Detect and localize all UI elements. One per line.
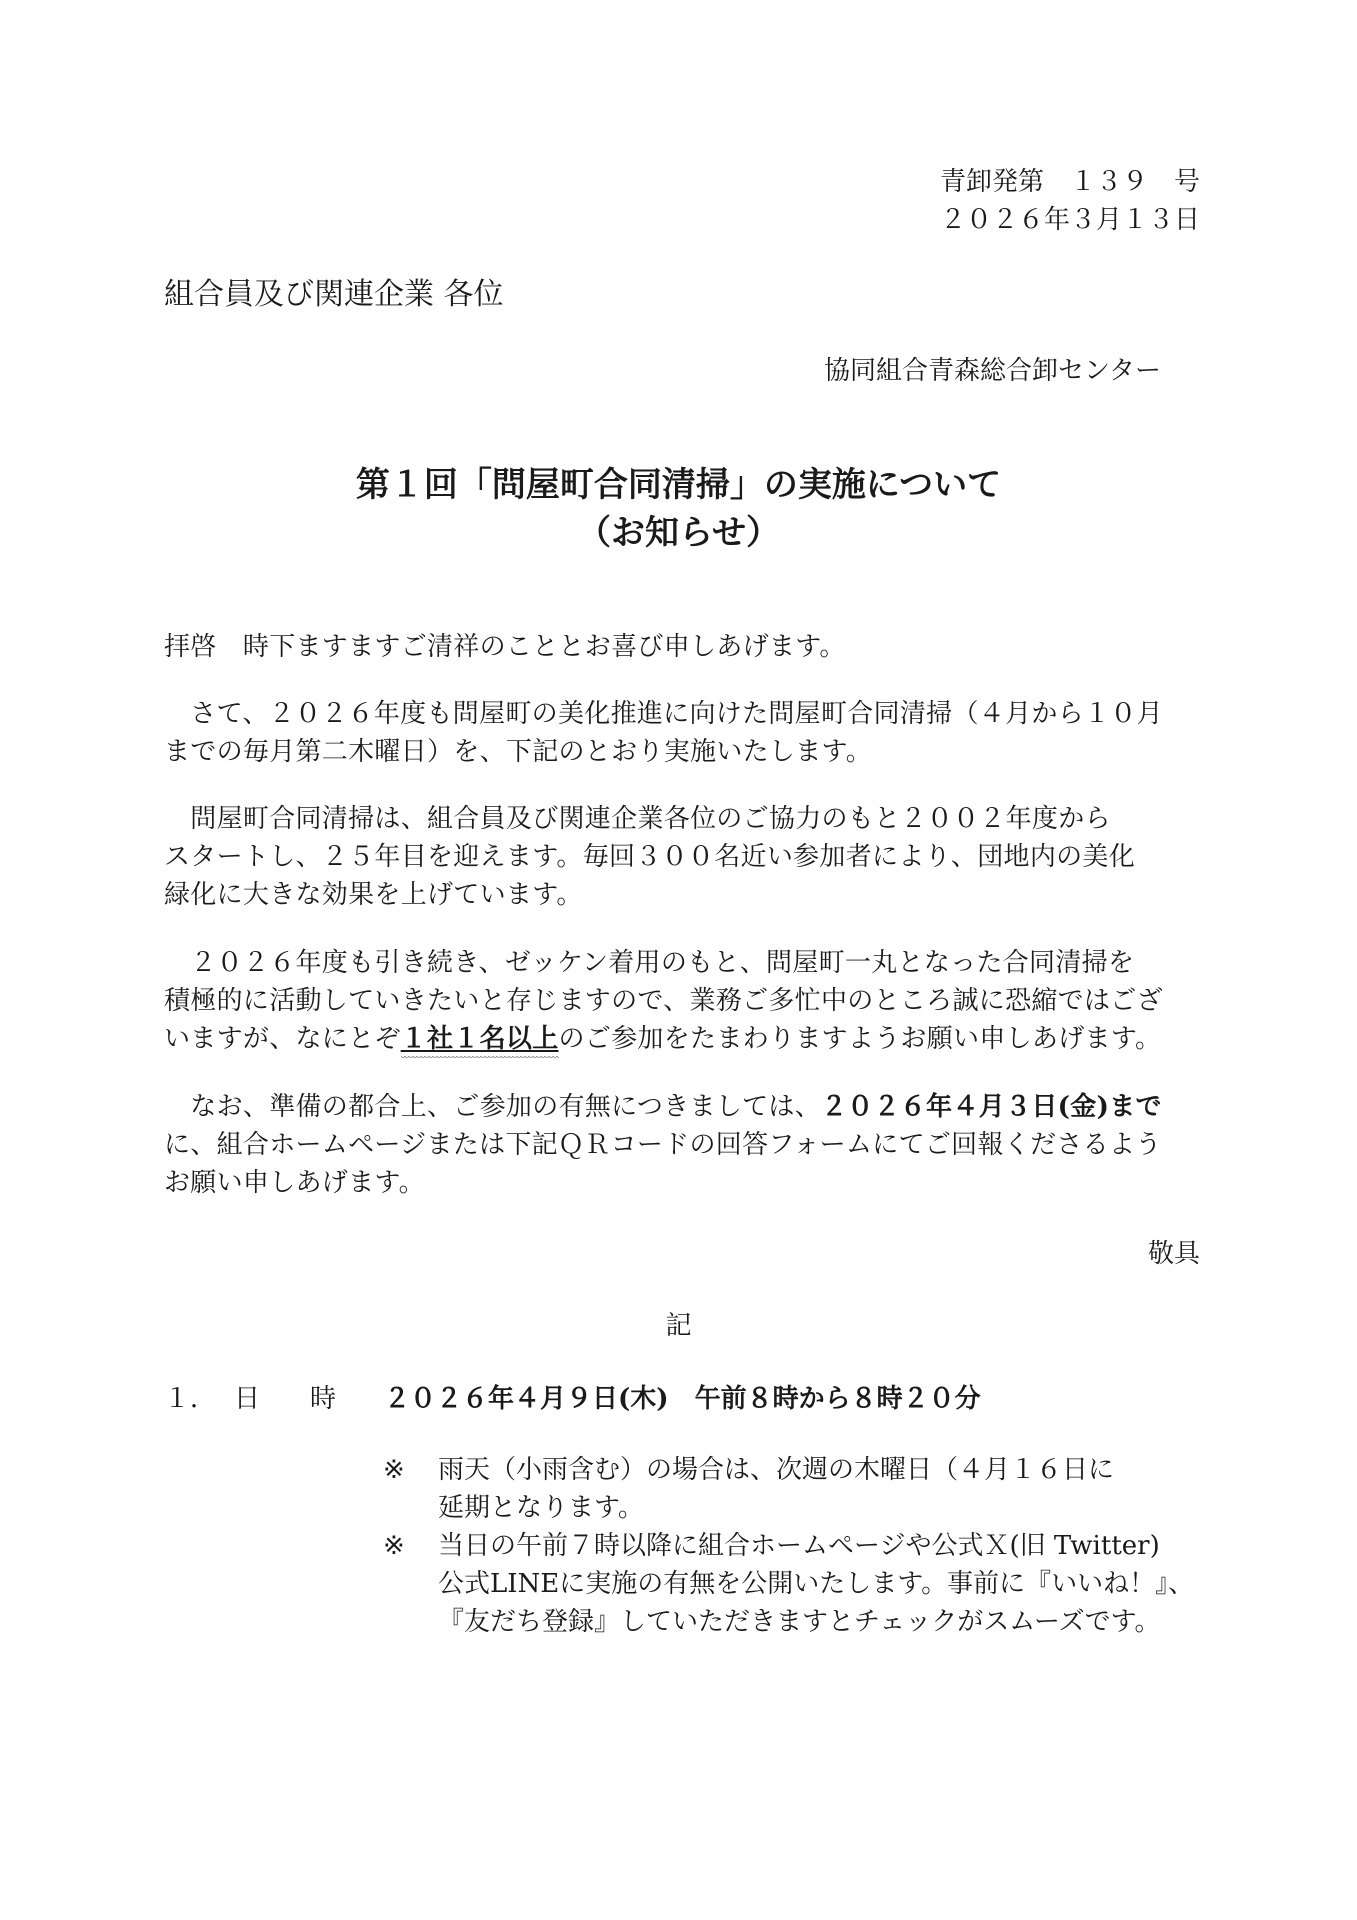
paragraph-line: 緑化に大きな効果を上げています。 [164, 876, 1204, 914]
document-number: 青卸発第 １３９ 号 [940, 163, 1200, 201]
item-datetime: １．日時２０２６年４月９日(木) 午前８時から８時２０分 [164, 1380, 981, 1418]
note-line: 延期となります。 [438, 1489, 1194, 1527]
emphasized-participation-request: １社１名以上 [401, 1024, 559, 1054]
document-page: 青卸発第 １３９ 号 ２０２６年３月１３日 組合員及び関連企業 各位 協同組合青… [0, 0, 1357, 1920]
paragraph-line: なお、準備の都合上、ご参加の有無につきましては、２０２６年４月３日(金)まで [164, 1088, 1204, 1126]
deadline-date: ２０２６年４月３日(金)まで [821, 1092, 1162, 1122]
note-rain: ※ 雨天（小雨含む）の場合は、次週の木曜日（４月１６日に 延期となります。 [383, 1451, 1194, 1527]
ki-heading: 記 [0, 1305, 1357, 1342]
note-line: 公式LINEに実施の有無を公開いたします。事前に『いいね！』、 [438, 1565, 1194, 1603]
paragraph-3: ２０２６年度も引き続き、ゼッケン着用のもと、問屋町一丸となった合同清掃を 積極的… [164, 944, 1204, 1058]
item-value: ２０２６年４月９日(木) 午前８時から８時２０分 [384, 1384, 981, 1414]
paragraph-line: 積極的に活動していきたいと存じますので、業務ご多忙中のところ誠に恐縮ではござ [164, 982, 1204, 1020]
note-line: 雨天（小雨含む）の場合は、次週の木曜日（４月１６日に [438, 1451, 1194, 1489]
notes-list: ※ 雨天（小雨含む）の場合は、次週の木曜日（４月１６日に 延期となります。 ※ … [383, 1451, 1194, 1641]
sender: 協同組合青森総合卸センター [824, 352, 1161, 390]
addressee: 組合員及び関連企業 各位 [164, 275, 504, 315]
item-number: １． [164, 1380, 234, 1418]
paragraph-line: ２０２６年度も引き続き、ゼッケン着用のもと、問屋町一丸となった合同清掃を [164, 944, 1204, 982]
paragraph-2: 問屋町合同清掃は、組合員及び関連企業各位のご協力のもと２００２年度から スタート… [164, 800, 1204, 914]
document-title: 第１回「問屋町合同清掃」の実施について [0, 462, 1357, 508]
paragraph-line: までの毎月第二木曜日）を、下記のとおり実施いたします。 [164, 733, 1204, 771]
text-segment: のご参加をたまわりますようお願い申しあげます。 [559, 1024, 1162, 1054]
text-segment: いますが、なにとぞ [164, 1024, 401, 1054]
paragraph-line: いますが、なにとぞ１社１名以上のご参加をたまわりますようお願い申しあげます。 [164, 1020, 1204, 1058]
paragraph-line: お願い申しあげます。 [164, 1164, 1204, 1202]
document-date: ２０２６年３月１３日 [940, 201, 1200, 239]
item-key: 日時 [234, 1380, 384, 1418]
paragraph-line: 問屋町合同清掃は、組合員及び関連企業各位のご協力のもと２００２年度から [164, 800, 1204, 838]
reference-mark-icon: ※ [383, 1451, 405, 1489]
document-header: 青卸発第 １３９ 号 ２０２６年３月１３日 [940, 163, 1200, 239]
paragraph-1: さて、２０２６年度も問屋町の美化推進に向けた問屋町合同清掃（４月から１０月 まで… [164, 695, 1204, 771]
document-subtitle: （お知らせ） [0, 510, 1357, 556]
closing-keigu: 敬具 [1148, 1233, 1200, 1270]
paragraph-line: に、組合ホームページまたは下記ＱＲコードの回答フォームにてご回報くださるよう [164, 1126, 1204, 1164]
greeting-text: 拝啓 時下ますますご清祥のこととお喜び申しあげます。 [164, 628, 1204, 666]
paragraph-line: スタートし、２５年目を迎えます。毎回３００名近い参加者により、団地内の美化 [164, 838, 1204, 876]
reference-mark-icon: ※ [383, 1527, 405, 1565]
note-line: 当日の午前７時以降に組合ホームページや公式Ｘ(旧 Twitter) [438, 1527, 1194, 1565]
greeting: 拝啓 時下ますますご清祥のこととお喜び申しあげます。 [164, 628, 1204, 666]
paragraph-line: さて、２０２６年度も問屋町の美化推進に向けた問屋町合同清掃（４月から１０月 [164, 695, 1204, 733]
text-segment: なお、準備の都合上、ご参加の有無につきましては、 [164, 1092, 821, 1122]
note-announcement: ※ 当日の午前７時以降に組合ホームページや公式Ｘ(旧 Twitter) 公式LI… [383, 1527, 1194, 1641]
paragraph-4: なお、準備の都合上、ご参加の有無につきましては、２０２６年４月３日(金)まで に… [164, 1088, 1204, 1202]
note-line: 『友だち登録』していただきますとチェックがスムーズです。 [438, 1603, 1194, 1641]
